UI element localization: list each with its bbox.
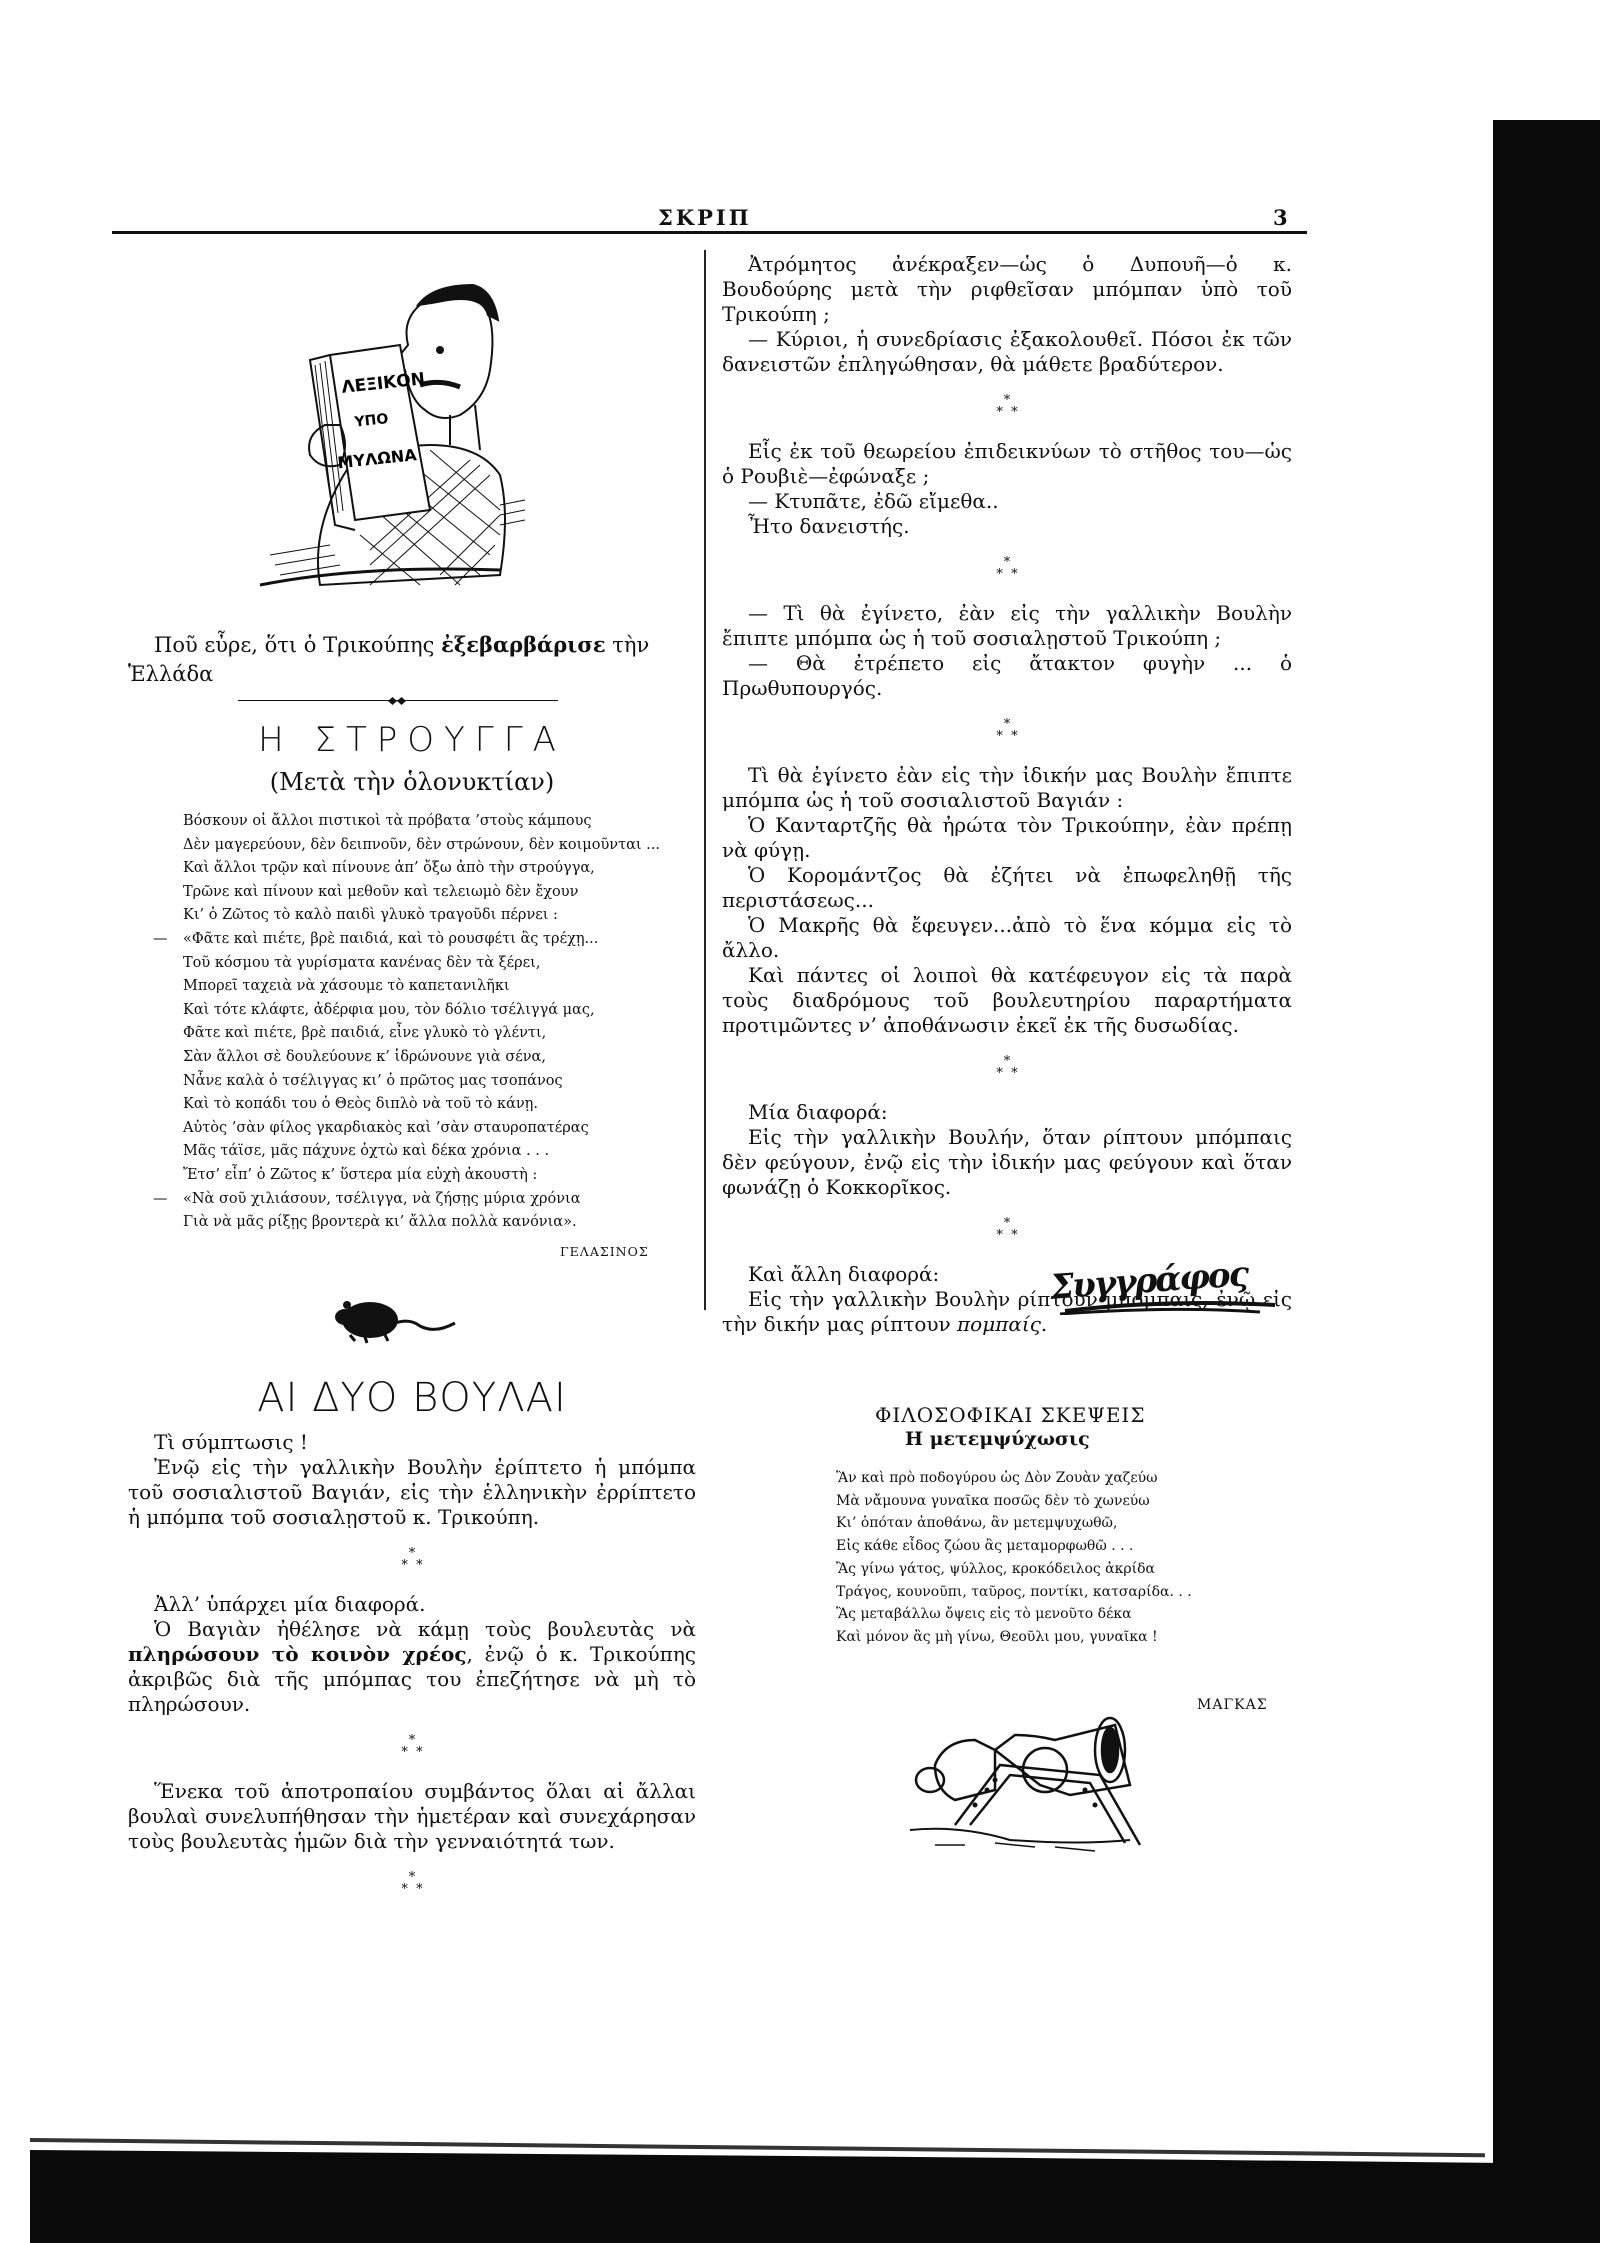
- paragraph: Τὶ σύμπτωσις !: [128, 1430, 696, 1455]
- paragraph: Ἀτρόμητος ἀνέκραξεν—ὡς ὁ Δυπουῆ—ὁ κ. Βου…: [722, 252, 1292, 327]
- paragraph: Ὁ Βαγιὰν ἠθέλησε νὰ κάμῃ τοὺς βουλευτὰς …: [128, 1617, 696, 1717]
- philosophy-author: ΜΑΓΚΑΣ: [1197, 1697, 1268, 1713]
- scanner-background-bottom: [30, 2150, 1600, 2243]
- poem-line: Φᾶτε καὶ πιέτε, βρὲ παιδιά, εἶνε γλυκὸ τ…: [183, 1022, 683, 1046]
- poem-line: Τράγος, κουνοῦπι, ταῦρος, ποντίκι, κατσα…: [836, 1581, 1256, 1604]
- dialogue-dash: —: [153, 928, 168, 952]
- philosophy-title: ΦΙΛΟΣΟΦΙΚΑΙ ΣΚΕΨΕΙΣ: [875, 1403, 1145, 1427]
- poem-line: Κι’ ὁ Ζῶτος τὸ καλὸ παιδὶ γλυκὸ τραγοῦδι…: [183, 904, 683, 928]
- signature-text: Συγγράφος: [1049, 1254, 1249, 1308]
- column-divider: [704, 250, 706, 1310]
- poem-line: Μὰ νἄμουνα γυναῖκα ποσῶς δὲν τὸ χωνεύω: [836, 1490, 1256, 1513]
- poem-line: Μπορεῖ ταχειὰ νὰ χάσουμε τὸ καπετανιλῆκι: [183, 975, 683, 999]
- asterism-separator: ** *: [128, 1735, 696, 1759]
- article-title: ΑΙ ΔΥΟ ΒΟΥΛΑΙ: [128, 1375, 696, 1421]
- paragraph: Καὶ πάντες οἱ λοιποὶ θὰ κατέφευγον εἰς τ…: [722, 963, 1292, 1038]
- paragraph: — Κύριοι, ἡ συνεδρίασις ἐξακολουθεῖ. Πόσ…: [722, 327, 1292, 377]
- poem-line: Μᾶς τάϊσε, μᾶς πάχυνε ὀχτὼ καὶ δέκα χρόν…: [183, 1140, 683, 1164]
- poem-line: Ἔτσ’ εἶπ’ ὁ Ζῶτος κ’ ὕστερα μία εὐχὴ ἀκο…: [183, 1164, 683, 1188]
- paragraph: Ὁ Κανταρτζῆς θὰ ἠρώτα τὸν Τρικούπην, ἐὰν…: [722, 813, 1292, 863]
- poem-line: Κι’ ὁπόταν ἀποθάνω, ἂν μετεμψυχωθῶ,: [836, 1512, 1256, 1535]
- poem-line: Αὐτὸς ’σὰν φίλος γκαρδιακὸς καὶ ’σὰν στα…: [183, 1117, 683, 1141]
- dialogue-dash: —: [153, 1188, 168, 1212]
- signature-flourish-icon: [1060, 1301, 1280, 1315]
- poem-line: Τρῶνε καὶ πίνουν καὶ μεθοῦν καὶ τελειωμὸ…: [183, 881, 683, 905]
- paragraph: Εἰς τὴν γαλλικὴν Βουλήν, ὅταν ρίπτουν μπ…: [722, 1125, 1292, 1200]
- philosophy-subtitle: Η μετεμψύχωσις: [905, 1428, 1090, 1450]
- poem-line: Δὲν μαγερεύουν, δὲν δειπνοῦν, δὲν στρώνο…: [183, 834, 683, 858]
- poem-line: Καὶ ἄλλοι τρῷν καὶ πίνουνε ἀπ’ ὄξω ἀπὸ τ…: [183, 857, 683, 881]
- poem-line: Καὶ τὸ κοπάδι του ὁ Θεὸς διπλὸ νὰ τοῦ τὸ…: [183, 1093, 683, 1117]
- poem-line: Γιὰ νὰ μᾶς ρίξῃς βροντερὰ κι’ ἄλλα πολλὰ…: [183, 1211, 683, 1235]
- poem-line: Ἂς μεταβάλλω ὄψεις εἰς τὸ μενοῦτο δέκα: [836, 1603, 1256, 1626]
- caption-emphasis: ἐξεβαρβάρισε: [441, 632, 606, 657]
- poem-line: Βόσκουν οἱ ἄλλοι πιστικοὶ τὰ πρόβατα ’στ…: [183, 810, 683, 834]
- page-number: 3: [1273, 205, 1288, 230]
- running-title: ΣΚΡΙΠ: [658, 205, 752, 230]
- paragraph: Τὶ θὰ ἐγίνετο ἐὰν εἰς τὴν ἰδικήν μας Βου…: [722, 763, 1292, 813]
- poem-line: Ἂν καὶ πρὸ ποδογύρου ὡς Δὸν Ζουὰν χαζεύω: [836, 1467, 1256, 1490]
- cannon-illustration-icon: [895, 1705, 1155, 1855]
- paragraph: Ἐνῷ εἰς τὴν γαλλικὴν Βουλὴν ἐρίπτετο ἡ μ…: [128, 1455, 696, 1530]
- philosophy-poem: Ἂν καὶ πρὸ ποδογύρου ὡς Δὸν Ζουὰν χαζεύω…: [836, 1467, 1256, 1649]
- poem-line: Εἰς κάθε εἶδος ζώου ἂς μεταμορφωθῶ . . .: [836, 1535, 1256, 1558]
- caption-text: Ποῦ εὖρε, ὅτι ὁ Τρικούπης: [128, 633, 441, 657]
- asterism-separator: ** *: [722, 1218, 1292, 1242]
- caricature-reading-dictionary-icon: ΛΕΞΙΚΟΝ ΥΠΟ ΜΥΛΩΝΑ: [230, 265, 530, 605]
- mouse-illustration-icon: [325, 1295, 465, 1345]
- poem-author: ΓΕΛΑΣΙΝΟΣ: [560, 1244, 649, 1259]
- paragraph: — Κτυπᾶτε, ἐδῶ εἴμεθα..: [722, 489, 1292, 514]
- paragraph: Ὁ Κορομάντζος θὰ ἐζήτει νὰ ἐπωφεληθῇ τῆς…: [722, 863, 1292, 913]
- poem-line: —«Φᾶτε καὶ πιέτε, βρὲ παιδιά, καὶ τὸ ρου…: [183, 928, 683, 952]
- asterism-separator: ** *: [722, 1056, 1292, 1080]
- section-ornament: [238, 697, 558, 705]
- poem-line: Τοῦ κόσμου τὰ γυρίσματα κανένας δὲν τὰ ξ…: [183, 952, 683, 976]
- poem-body: Βόσκουν οἱ ἄλλοι πιστικοὶ τὰ πρόβατα ’στ…: [183, 810, 683, 1235]
- author-signature: Συγγράφος: [1050, 1255, 1280, 1325]
- header-rule: [112, 231, 1307, 234]
- scanner-background-right: [1493, 120, 1600, 2243]
- asterism-separator: ** *: [128, 1548, 696, 1572]
- asterism-separator: ** *: [128, 1872, 696, 1896]
- paragraph: — Θὰ ἐτρέπετο εἰς ἄτακτον φυγὴν ... ὁ Πρ…: [722, 651, 1292, 701]
- asterism-separator: ** *: [722, 395, 1292, 419]
- poem-line: Καὶ μόνον ἂς μὴ γίνω, Θεοῦλι μου, γυναῖκ…: [836, 1626, 1256, 1649]
- paragraph: Μία διαφορά:: [722, 1100, 1292, 1125]
- asterism-separator: ** *: [722, 557, 1292, 581]
- asterism-separator: ** *: [722, 719, 1292, 743]
- poem-line: Καὶ τότε κλάφτε, ἀδέρφια μου, τὸν δόλιο …: [183, 999, 683, 1023]
- poem-title: Η ΣΤΡΟΥΓΓΑ: [128, 720, 696, 760]
- paragraph: Ἀλλ’ ὑπάρχει μία διαφορά.: [128, 1592, 696, 1617]
- poem-subtitle: (Μετὰ τὴν ὁλονυκτίαν): [128, 768, 696, 796]
- poem-line: Νἆνε καλὰ ὁ τσέλιγγας κι’ ὁ πρῶτος μας τ…: [183, 1070, 683, 1094]
- paragraph: Εἷς ἐκ τοῦ θεωρείου ἐπιδεικνύων τὸ στῆθο…: [722, 439, 1292, 489]
- paragraph: Ἕνεκα τοῦ ἀποτροπαίου συμβάντος ὅλαι αἱ …: [128, 1779, 696, 1854]
- paragraph: Ὁ Μακρῆς θὰ ἔφευγεν...ἀπὸ τὸ ἕνα κόμμα ε…: [722, 913, 1292, 963]
- poem-line: —«Νὰ σοῦ χιλιάσουν, τσέλιγγα, νὰ ζήσῃς μ…: [183, 1188, 683, 1212]
- article-body: Τὶ σύμπτωσις !Ἐνῷ εἰς τὴν γαλλικὴν Βουλὴ…: [128, 1430, 696, 1916]
- poem-line: Ἂς γίνω γάτος, ψύλλος, κροκόδειλος ἀκρίδ…: [836, 1558, 1256, 1581]
- poem-line: Σὰν ἄλλοι σὲ δουλεύουνε κ’ ἱδρώνουνε γιὰ…: [183, 1046, 683, 1070]
- paragraph: — Τὶ θὰ ἐγίνετο, ἐὰν εἰς τὴν γαλλικὴν Βο…: [722, 601, 1292, 651]
- paragraph: Ἦτο δανειστής.: [722, 514, 1292, 539]
- cartoon-caption: Ποῦ εὖρε, ὅτι ὁ Τρικούπης ἐξεβαρβάρισε τ…: [128, 630, 696, 689]
- right-column-body: Ἀτρόμητος ἀνέκραξεν—ὡς ὁ Δυπουῆ—ὁ κ. Βου…: [722, 252, 1292, 1337]
